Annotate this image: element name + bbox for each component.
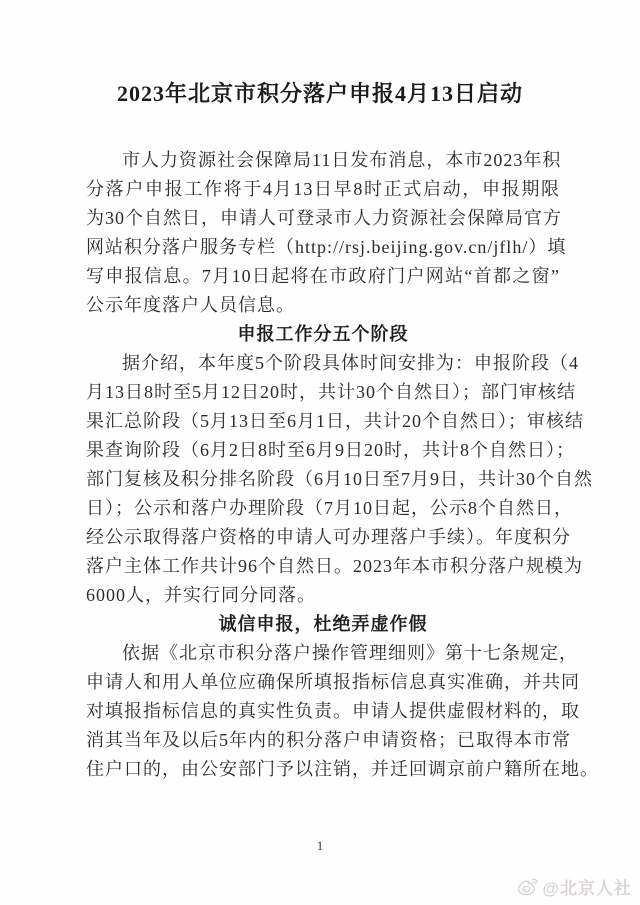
section-heading: 诚信申报，杜绝弄虚作假	[86, 610, 560, 639]
text-line: 果查询阶段（6月2日8时至6月9日20时，共计8个自然日）；	[86, 436, 560, 465]
text-line: 据介绍，本年度5个阶段具体时间安排为：申报阶段（4	[86, 349, 560, 378]
text-line: 公示年度落户人员信息。	[86, 291, 560, 320]
document-page: 2023年北京市积分落户申报4月13日启动 市人力资源社会保障局11日发布消息，…	[0, 0, 640, 905]
document-body: 市人力资源社会保障局11日发布消息，本市2023年积分落户申报工作将于4月13日…	[86, 146, 560, 784]
text-line: 对填报指标信息的真实性负责。申请人提供虚假材料的，取	[86, 697, 560, 726]
weibo-icon	[517, 877, 539, 896]
text-line: 依据《北京市积分落户操作管理细则》第十七条规定，	[86, 639, 560, 668]
watermark-text: @北京人社	[542, 874, 632, 899]
text-line: 为30个自然日，申请人可登录市人力资源社会保障局官方	[86, 204, 560, 233]
text-line: 写申报信息。7月10日起将在市政府门户网站“首都之窗”	[86, 262, 560, 291]
text-line: 部门复核及积分排名阶段（6月10日至7月9日，共计30个自然	[86, 465, 560, 494]
text-line: 月13日8时至5月12日20时，共计30个自然日）；部门审核结	[86, 378, 560, 407]
text-line: 消其当年及以后5年内的积分落户申请资格；已取得本市常	[86, 726, 560, 755]
text-line: 市人力资源社会保障局11日发布消息，本市2023年积	[86, 146, 560, 175]
text-line: 6000人，并实行同分同落。	[86, 581, 560, 610]
section-heading: 申报工作分五个阶段	[86, 320, 560, 349]
text-line: 住户口的，由公安部门予以注销，并迁回调京前户籍所在地。	[86, 755, 560, 784]
text-line: 分落户申报工作将于4月13日早8时正式启动，申报期限	[86, 175, 560, 204]
text-line: 申请人和用人单位应确保所填报指标信息真实准确，并共同	[86, 668, 560, 697]
document-title: 2023年北京市积分落户申报4月13日启动	[0, 80, 640, 108]
text-line: 日）；公示和落户办理阶段（7月10日起，公示8个自然日，	[86, 494, 560, 523]
paragraph: 据介绍，本年度5个阶段具体时间安排为：申报阶段（4月13日8时至5月12日20时…	[86, 349, 560, 610]
paragraph: 依据《北京市积分落户操作管理细则》第十七条规定，申请人和用人单位应确保所填报指标…	[86, 639, 560, 784]
page-number: 1	[0, 838, 640, 854]
text-line: 落户主体工作共计96个自然日。2023年本市积分落户规模为	[86, 552, 560, 581]
text-line: 经公示取得落户资格的申请人可办理落户手续）。年度积分	[86, 523, 560, 552]
text-line: 果汇总阶段（5月13日至6月1日，共计20个自然日）；审核结	[86, 407, 560, 436]
text-line: 网站积分落户服务专栏（http://rsj.beijing.gov.cn/jfl…	[86, 233, 560, 262]
watermark: @北京人社	[517, 874, 632, 899]
paragraph: 市人力资源社会保障局11日发布消息，本市2023年积分落户申报工作将于4月13日…	[86, 146, 560, 320]
